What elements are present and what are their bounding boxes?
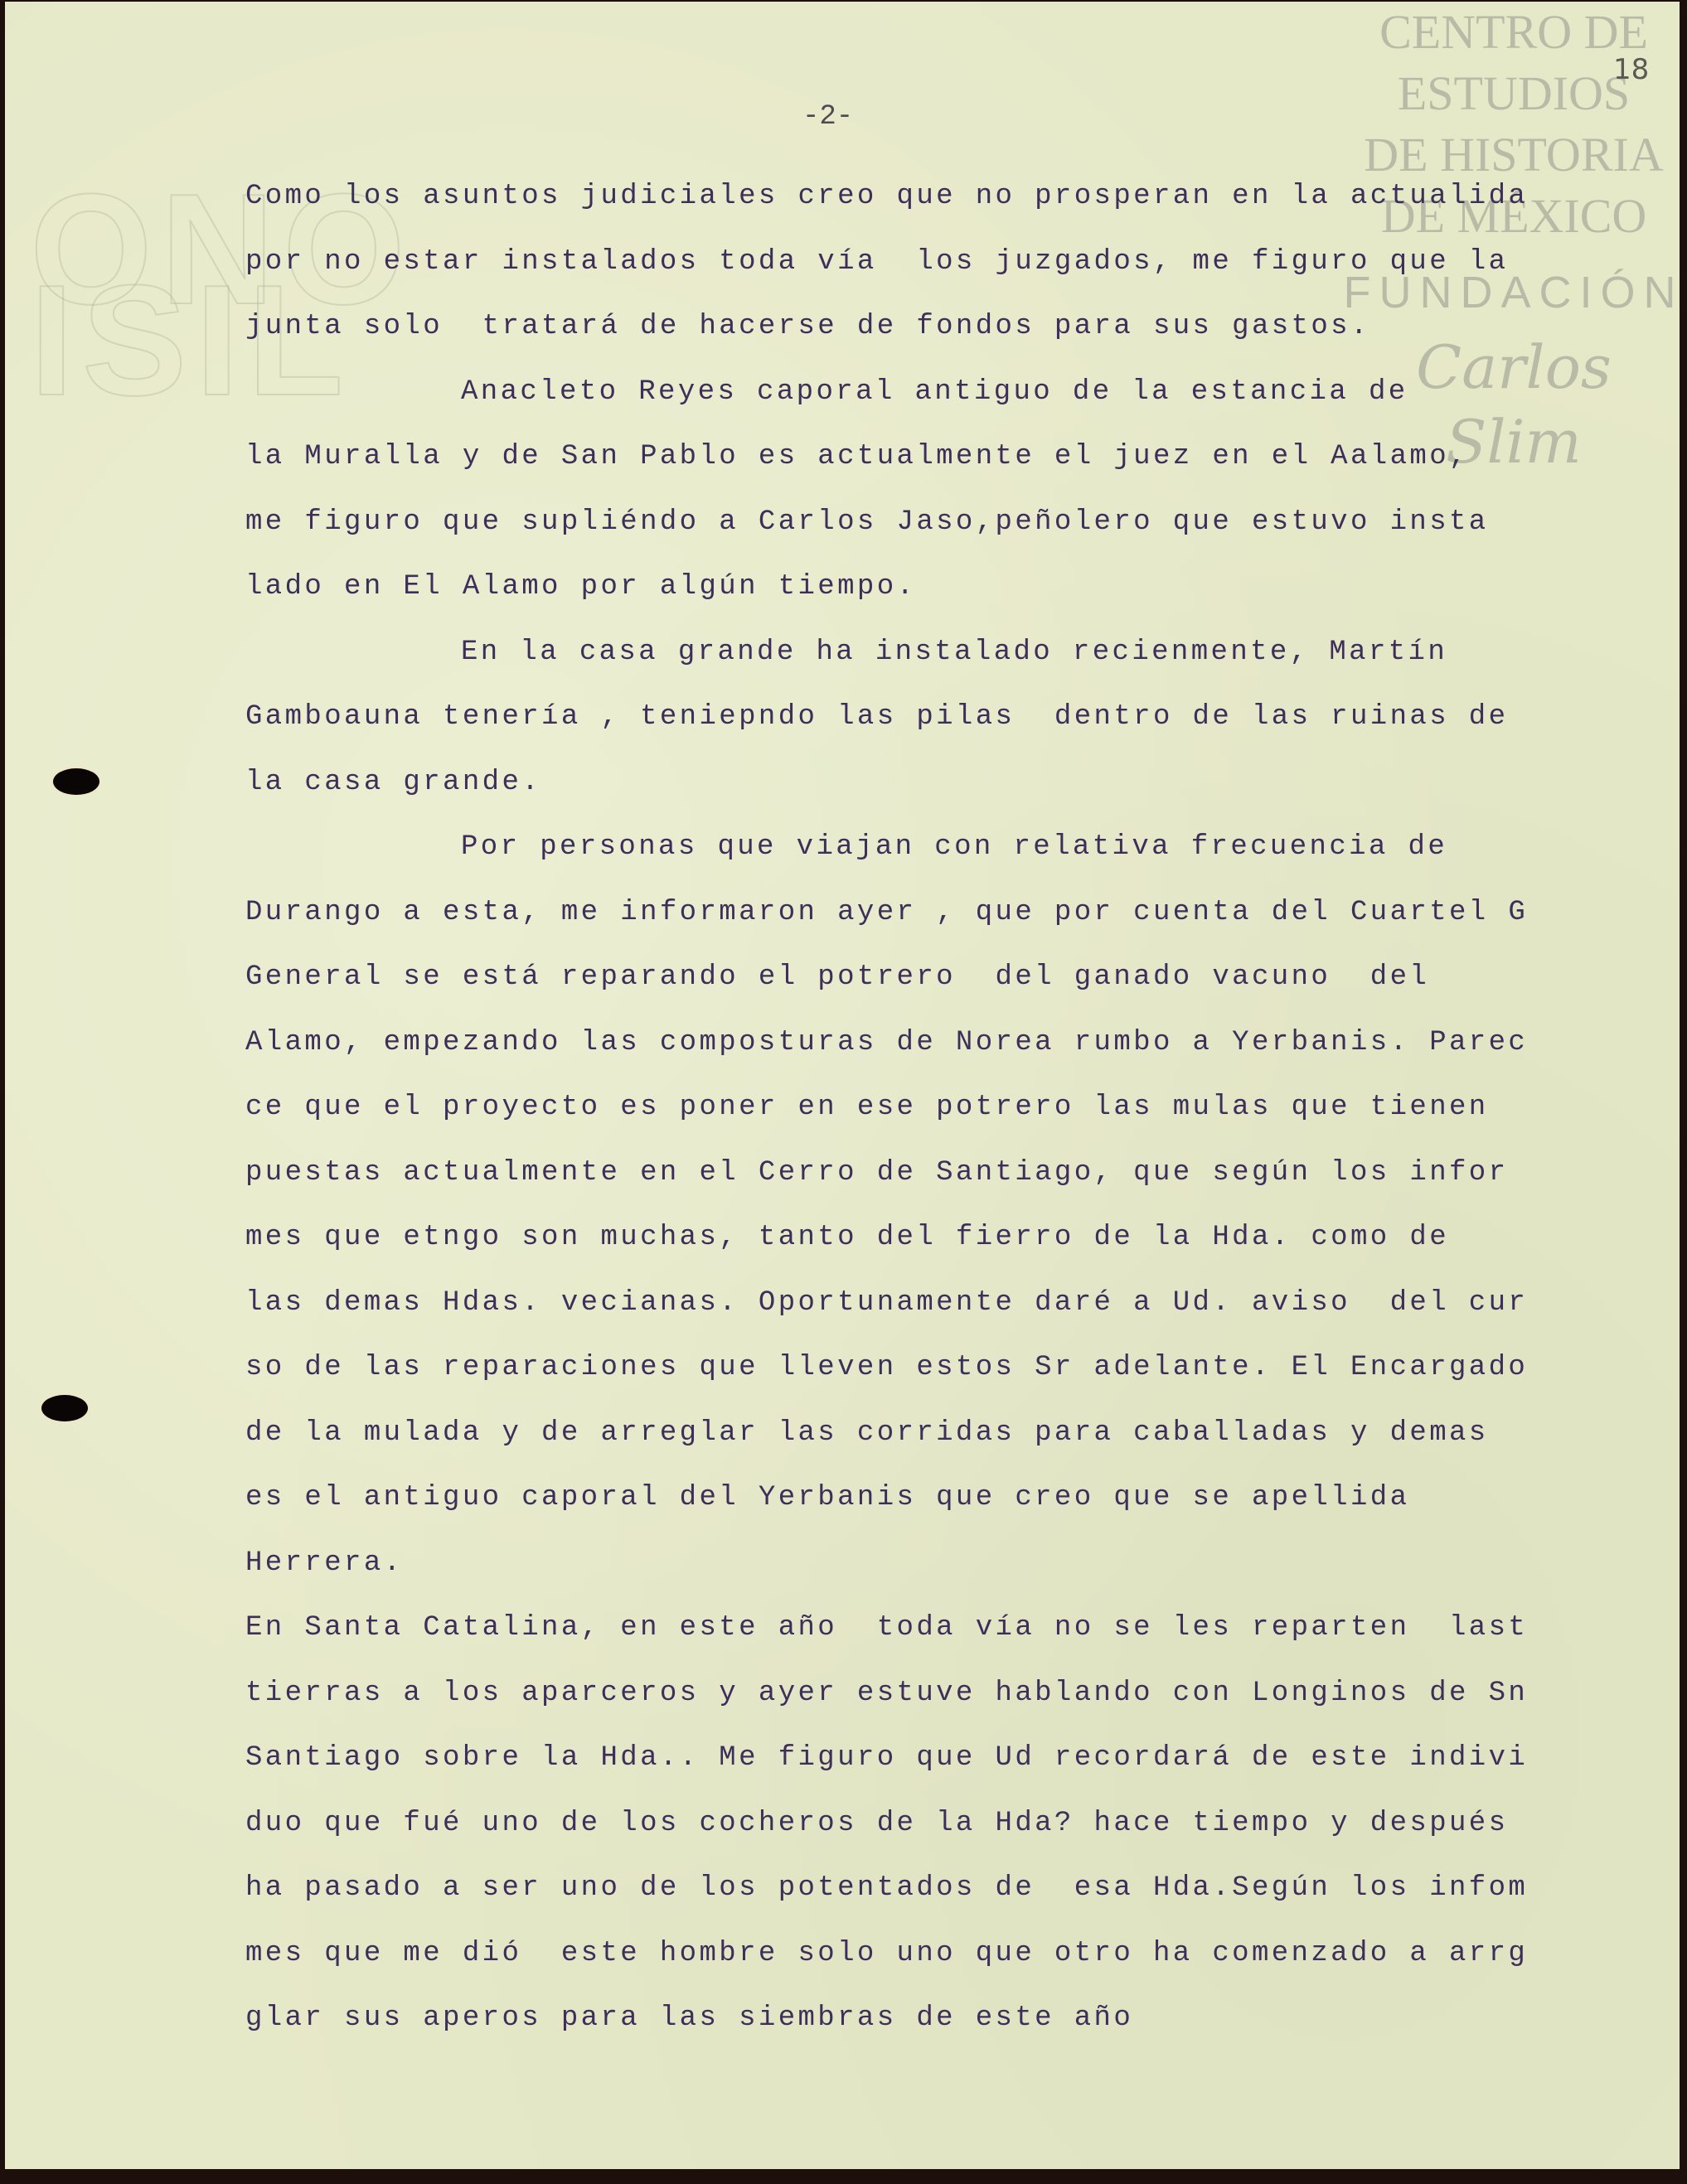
text-line: las demas Hdas. vecianas. Oportunamente … (245, 1271, 1588, 1336)
text-line: General se está reparando el potrero del… (245, 945, 1588, 1010)
text-line-paragraph-start: Anacleto Reyes caporal antiguo de la est… (245, 360, 1588, 425)
page-number: -2- (802, 101, 853, 133)
text-line: mes que etngo son muchas, tanto del fier… (245, 1205, 1588, 1271)
text-line: por no estar instalados toda vía los juz… (245, 230, 1588, 295)
text-line: Santiago sobre la Hda.. Me figuro que Ud… (245, 1726, 1588, 1791)
text-line: la casa grande. (245, 750, 1588, 816)
punch-hole-icon (41, 1395, 88, 1421)
text-line: junta solo tratará de hacerse de fondos … (245, 294, 1588, 360)
text-line: Gamboauna tenería , teniepndo las pilas … (245, 685, 1588, 750)
text-line: la Muralla y de San Pablo es actualmente… (245, 424, 1588, 490)
text-line: so de las reparaciones que lleven estos … (245, 1335, 1588, 1401)
text-line-paragraph-start: Por personas que viajan con relativa fre… (245, 815, 1588, 880)
handwritten-folio-number: 18 (1613, 53, 1649, 86)
text-line: Como los asuntos judiciales creo que no … (245, 164, 1588, 230)
text-line: tierras a los aparceros y ayer estuve ha… (245, 1661, 1588, 1726)
text-line: de la mulada y de arreglar las corridas … (245, 1401, 1588, 1466)
text-line: Durango a esta, me informaron ayer , que… (245, 880, 1588, 946)
text-line: es el antiguo caporal del Yerbanis que c… (245, 1465, 1588, 1531)
text-line-paragraph-start: En la casa grande ha instalado recienmen… (245, 620, 1588, 685)
text-line: mes que me dió este hombre solo uno que … (245, 1921, 1588, 1987)
text-line: glar sus aperos para las siembras de est… (245, 1986, 1588, 2051)
text-line: ce que el proyecto es poner en ese potre… (245, 1075, 1588, 1140)
punch-hole-icon (53, 768, 99, 795)
typewritten-body: Como los asuntos judiciales creo que no … (245, 164, 1588, 2051)
document-page: ONO ISIL CENTRO DE ESTUDIOS DE HISTORIA … (5, 2, 1680, 2169)
text-line: En Santa Catalina, en este año toda vía … (245, 1596, 1588, 1661)
text-line: ha pasado a ser uno de los potentados de… (245, 1856, 1588, 1921)
text-line: me figuro que supliéndo a Carlos Jaso,pe… (245, 490, 1588, 555)
text-line: Herrera. (245, 1531, 1588, 1596)
text-line: lado en El Alamo por algún tiempo. (245, 554, 1588, 620)
text-line: duo que fué uno de los cocheros de la Hd… (245, 1791, 1588, 1857)
text-line: Alamo, empezando las composturas de Nore… (245, 1010, 1588, 1076)
text-line: puestas actualmente en el Cerro de Santi… (245, 1140, 1588, 1206)
